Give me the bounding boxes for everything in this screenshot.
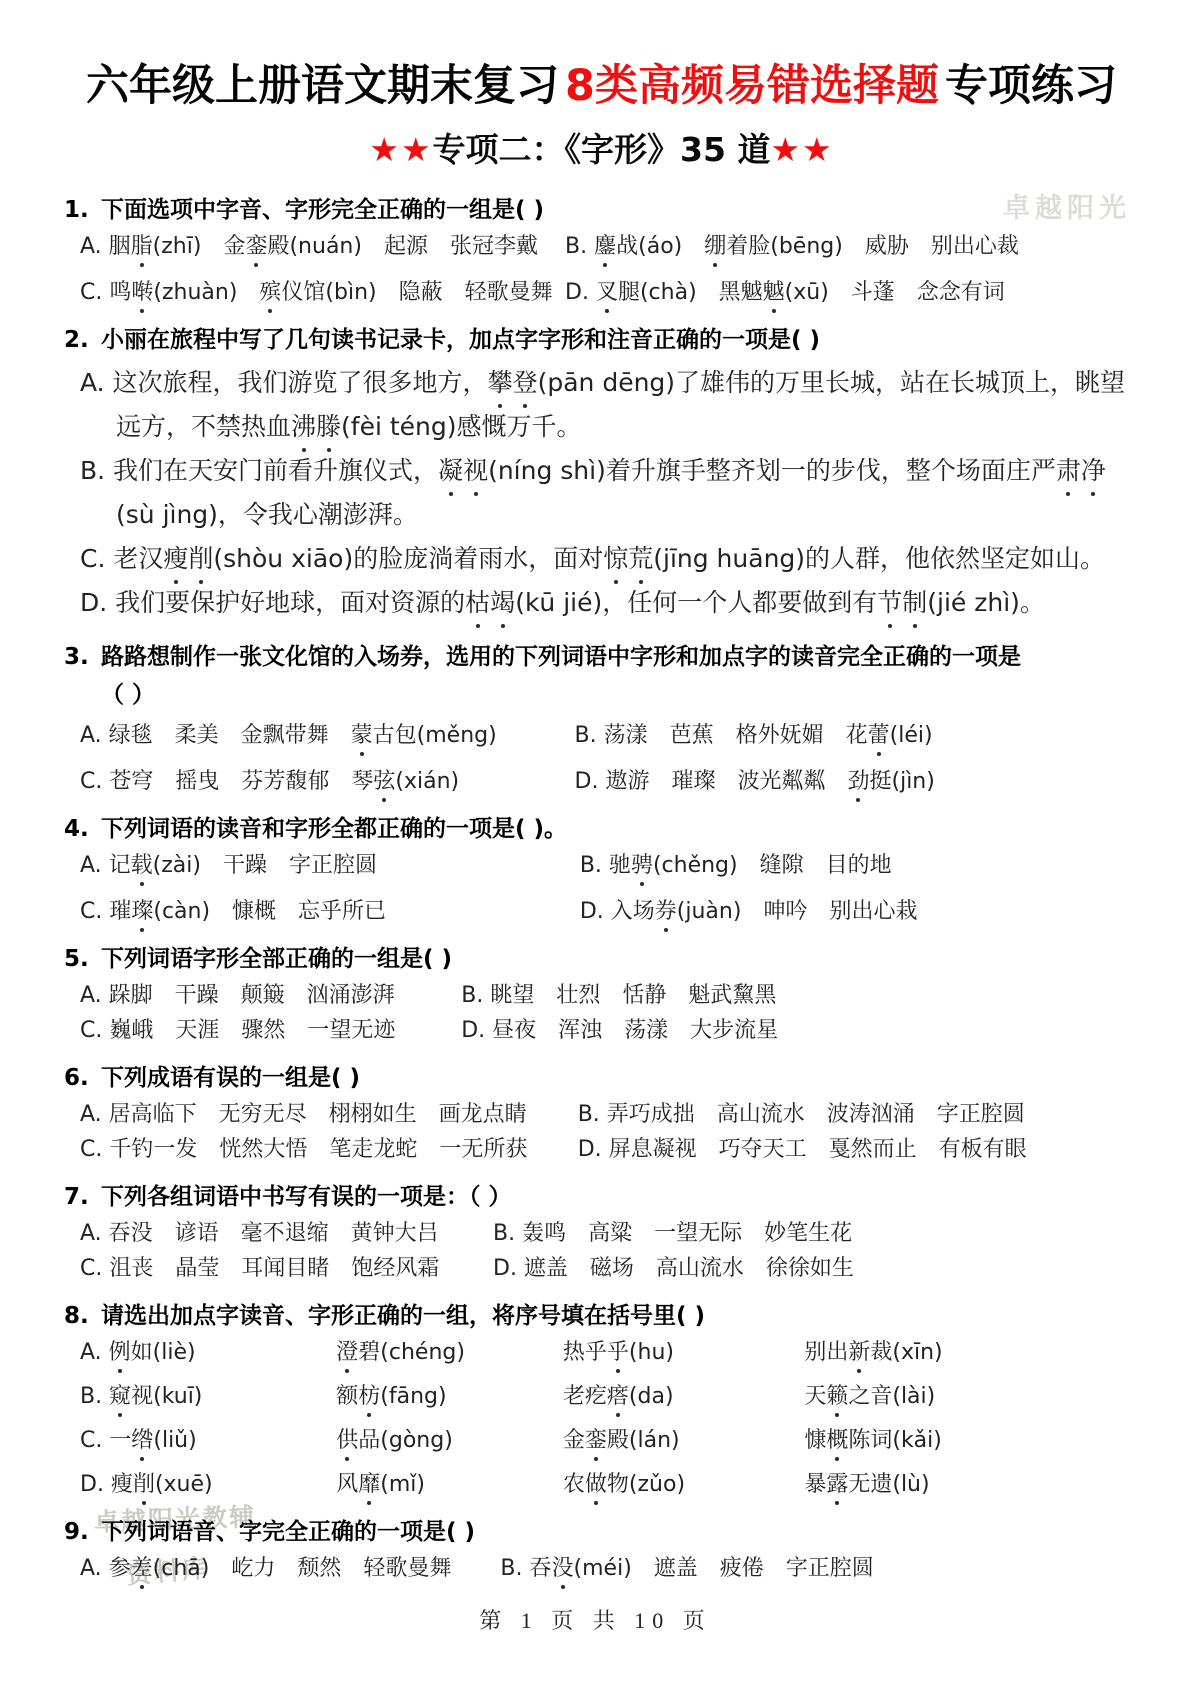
option: D. 屏息凝视 巧夺天工 戛然而止 有板有眼 — [578, 1134, 1139, 1165]
option: C. 璀璨(càn) 慷概 忘乎所已 — [80, 896, 580, 927]
question: 3.路路想制作一张文化馆的入场券，选用的下列词语中字形和加点字的读音完全正确的一… — [64, 640, 1139, 797]
option-group: A. 胭脂(zhī) 金銮殿(nuán) 起源 张冠李戴B. 鏖战(áo) 绷着… — [64, 231, 1139, 308]
option: 天籁之音(lài) — [804, 1381, 1139, 1412]
option-row: A. 跺脚 干躁 颠簸 汹涌澎湃B. 眺望 壮烈 恬静 魁武黧黑 — [80, 980, 1139, 1011]
option-row: A. 例如(liè)澄碧(chéng)热乎乎(hu)别出新裁(xīn) — [80, 1337, 1139, 1368]
option: A. 参差(chā) 屹力 颓然 轻歌曼舞 — [80, 1553, 500, 1584]
option-group: A. 居高临下 无穷无尽 栩栩如生 画龙点睛B. 弄巧成拙 高山流水 波涛汹涌 … — [64, 1099, 1139, 1165]
option: 风靡(mǐ) — [336, 1469, 563, 1500]
option: D. 入场券(juàn) 呻吟 别出心栽 — [580, 896, 1139, 927]
question-number: 9. — [64, 1515, 101, 1549]
option-row: B. 窥视(kuī)额枋(fāng)老疙瘩(da)天籁之音(lài) — [80, 1381, 1139, 1412]
question-heading: 1.下面选项中字音、字形完全正确的一组是( ) — [64, 193, 1139, 227]
option: 别出新裁(xīn) — [804, 1337, 1139, 1368]
option: B. 窥视(kuī) — [80, 1381, 336, 1412]
option-row: C. 鸣啭(zhuàn) 殡仪馆(bìn) 隐蔽 轻歌曼舞D. 叉腿(chà) … — [80, 277, 1139, 308]
option: A. 胭脂(zhī) 金銮殿(nuán) 起源 张冠李戴 — [80, 231, 565, 262]
option: D. 我们要保护好地球，面对资源的枯竭(kū jié)，任何一个人都要做到有节制… — [80, 581, 1139, 625]
question-stem: 请选出加点字读音、字形正确的一组，将序号填在括号里( ) — [101, 1299, 1139, 1333]
option: A. 跺脚 干躁 颠簸 汹涌澎湃 — [80, 980, 461, 1011]
option-row: C. 千钓一发 恍然大悟 笔走龙蛇 一无所获D. 屏息凝视 巧夺天工 戛然而止 … — [80, 1134, 1139, 1165]
option: A. 绿毯 柔美 金飘带舞 蒙古包(měng) — [80, 720, 575, 751]
option: B. 荡漾 芭蕉 格外妩媚 花蕾(léi) — [575, 720, 1139, 751]
question-stem: 下列词语的读音和字形全都正确的一项是( )。 — [101, 812, 1139, 846]
question-stem: 下列词语音、字完全正确的一项是( ) — [101, 1515, 1139, 1549]
option: B. 我们在天安门前看升旗仪式，凝视(níng shì)着升旗手整齐划一的步伐，… — [80, 449, 1139, 537]
question-heading: 2.小丽在旅程中写了几句读书记录卡，加点字字形和注音正确的一项是( ) — [64, 323, 1139, 357]
question-number: 5. — [64, 942, 101, 976]
option: B. 弄巧成拙 高山流水 波涛汹涌 字正腔圆 — [578, 1099, 1139, 1130]
question-list: 1.下面选项中字音、字形完全正确的一组是( )A. 胭脂(zhī) 金銮殿(nu… — [64, 193, 1139, 1584]
page-number-footer: 第 1 页 共 10 页 — [0, 1604, 1191, 1635]
option: A. 吞没 谚语 毫不退缩 黄钟大吕 — [80, 1218, 493, 1249]
option-row: A. 参差(chā) 屹力 颓然 轻歌曼舞B. 吞没(méi) 遮盖 疲倦 字正… — [80, 1553, 1139, 1584]
option: B. 驰骋(chěng) 缝隙 目的地 — [580, 850, 1139, 881]
option-group: A. 记载(zài) 干躁 字正腔圆B. 驰骋(chěng) 缝隙 目的地C. … — [64, 850, 1139, 927]
option: 老疙瘩(da) — [563, 1381, 804, 1412]
option: B. 轰鸣 高粱 一望无际 妙笔生花 — [493, 1218, 1139, 1249]
option-row: A. 居高临下 无穷无尽 栩栩如生 画龙点睛B. 弄巧成拙 高山流水 波涛汹涌 … — [80, 1099, 1139, 1130]
option: C. 苍穹 摇曳 芬芳馥郁 琴弦(xián) — [80, 766, 575, 797]
option: D. 遨游 璀璨 波光粼粼 劲挺(jìn) — [575, 766, 1139, 797]
option-row: C. 璀璨(càn) 慷概 忘乎所已D. 入场券(juàn) 呻吟 别出心栽 — [80, 896, 1139, 927]
option: 农做物(zǔo) — [563, 1469, 804, 1500]
title-part-black-right: 专项练习 — [945, 61, 1117, 111]
question-stem: 下列词语字形全部正确的一组是( ) — [101, 942, 1139, 976]
option-row: C. 苍穹 摇曳 芬芳馥郁 琴弦(xián)D. 遨游 璀璨 波光粼粼 劲挺(j… — [80, 766, 1139, 797]
option-group: A. 吞没 谚语 毫不退缩 黄钟大吕B. 轰鸣 高粱 一望无际 妙笔生花C. 沮… — [64, 1218, 1139, 1284]
question-stem: 小丽在旅程中写了几句读书记录卡，加点字字形和注音正确的一项是( ) — [101, 323, 1139, 357]
option-row: A. 记载(zài) 干躁 字正腔圆B. 驰骋(chěng) 缝隙 目的地 — [80, 850, 1139, 881]
page-title: 六年级上册语文期末复习8类高频易错选择题专项练习 — [64, 62, 1139, 111]
option: A. 例如(liè) — [80, 1337, 336, 1368]
option: C. 鸣啭(zhuàn) 殡仪馆(bìn) 隐蔽 轻歌曼舞 — [80, 277, 565, 308]
option: B. 鏖战(áo) 绷着脸(bēng) 威胁 别出心裁 — [565, 231, 1139, 262]
option-row: A. 吞没 谚语 毫不退缩 黄钟大吕B. 轰鸣 高粱 一望无际 妙笔生花 — [80, 1218, 1139, 1249]
option: C. 沮丧 晶莹 耳闻目睹 饱经风霜 — [80, 1253, 493, 1284]
star-icon: ★★ — [369, 130, 432, 169]
option-row: A. 绿毯 柔美 金飘带舞 蒙古包(měng)B. 荡漾 芭蕉 格外妩媚 花蕾(… — [80, 720, 1139, 751]
option: 额枋(fāng) — [336, 1381, 563, 1412]
option: D. 叉腿(chà) 黑魆魆(xū) 斗蓬 念念有词 — [565, 277, 1139, 308]
question-heading: 7.下列各组词语中书写有误的一项是：（ ） — [64, 1180, 1139, 1214]
question-number: 2. — [64, 323, 101, 357]
option-row: D. 瘦削(xuē)风靡(mǐ)农做物(zǔo)暴露无遗(lù) — [80, 1469, 1139, 1500]
option: A. 居高临下 无穷无尽 栩栩如生 画龙点睛 — [80, 1099, 578, 1130]
option: D. 瘦削(xuē) — [80, 1469, 336, 1500]
question-number: 6. — [64, 1061, 101, 1095]
option: C. 巍峨 天涯 骤然 一望无迹 — [80, 1015, 461, 1046]
option: C. 千钓一发 恍然大悟 笔走龙蛇 一无所获 — [80, 1134, 578, 1165]
question-heading: 5.下列词语字形全部正确的一组是( ) — [64, 942, 1139, 976]
question-stem: 下面选项中字音、字形完全正确的一组是( ) — [101, 193, 1139, 227]
question-stem: 下列各组词语中书写有误的一项是：（ ） — [101, 1180, 1139, 1214]
option-group: A. 这次旅程，我们游览了很多地方，攀登(pān dēng)了雄伟的万里长城，站… — [64, 361, 1139, 625]
option: D. 遮盖 磁场 高山流水 徐徐如生 — [493, 1253, 1139, 1284]
option-row: C. 沮丧 晶莹 耳闻目睹 饱经风霜D. 遮盖 磁场 高山流水 徐徐如生 — [80, 1253, 1139, 1284]
question: 1.下面选项中字音、字形完全正确的一组是( )A. 胭脂(zhī) 金銮殿(nu… — [64, 193, 1139, 308]
title-part-black-left: 六年级上册语文期末复习 — [86, 61, 559, 111]
question-heading: 9.下列词语音、字完全正确的一项是( ) — [64, 1515, 1139, 1549]
question: 2.小丽在旅程中写了几句读书记录卡，加点字字形和注音正确的一项是( )A. 这次… — [64, 323, 1139, 625]
option: 澄碧(chéng) — [336, 1337, 563, 1368]
option-group: A. 例如(liè)澄碧(chéng)热乎乎(hu)别出新裁(xīn)B. 窥视… — [64, 1337, 1139, 1500]
title-part-red: 8类高频易错选择题 — [565, 61, 939, 111]
question-stem-continuation: （ ） — [64, 674, 1139, 716]
option: 慷概陈词(kǎi) — [804, 1425, 1139, 1456]
question-number: 7. — [64, 1180, 101, 1214]
option: B. 吞没(méi) 遮盖 疲倦 字正腔圆 — [500, 1553, 1139, 1584]
question-stem: 路路想制作一张文化馆的入场券，选用的下列词语中字形和加点字的读音完全正确的一项是 — [101, 640, 1139, 674]
question-stem: 下列成语有误的一组是( ) — [101, 1061, 1139, 1095]
option: 暴露无遗(lù) — [804, 1469, 1139, 1500]
option-group: A. 绿毯 柔美 金飘带舞 蒙古包(měng)B. 荡漾 芭蕉 格外妩媚 花蕾(… — [64, 720, 1139, 797]
question: 7.下列各组词语中书写有误的一项是：（ ）A. 吞没 谚语 毫不退缩 黄钟大吕B… — [64, 1180, 1139, 1284]
question: 9.下列词语音、字完全正确的一项是( )A. 参差(chā) 屹力 颓然 轻歌曼… — [64, 1515, 1139, 1584]
option: C. 老汉瘦削(shòu xiāo)的脸庞淌着雨水，面对惊荒(jīng huān… — [80, 537, 1139, 581]
question-heading: 8.请选出加点字读音、字形正确的一组，将序号填在括号里( ) — [64, 1299, 1139, 1333]
option: 金銮殿(lán) — [563, 1425, 804, 1456]
option: A. 记载(zài) 干躁 字正腔圆 — [80, 850, 580, 881]
option-row: A. 胭脂(zhī) 金銮殿(nuán) 起源 张冠李戴B. 鏖战(áo) 绷着… — [80, 231, 1139, 262]
subtitle-text: 专项二：《字形》35 道 — [433, 130, 771, 169]
option-row: C. 一绺(liǔ)供品(gòng)金銮殿(lán)慷概陈词(kǎi) — [80, 1425, 1139, 1456]
question-number: 8. — [64, 1299, 101, 1333]
question-heading: 3.路路想制作一张文化馆的入场券，选用的下列词语中字形和加点字的读音完全正确的一… — [64, 640, 1139, 674]
option: 热乎乎(hu) — [563, 1337, 804, 1368]
question: 5.下列词语字形全部正确的一组是( )A. 跺脚 干躁 颠簸 汹涌澎湃B. 眺望… — [64, 942, 1139, 1046]
option: D. 昼夜 浑浊 荡漾 大步流星 — [461, 1015, 1139, 1046]
option: C. 一绺(liǔ) — [80, 1425, 336, 1456]
option-group: A. 跺脚 干躁 颠簸 汹涌澎湃B. 眺望 壮烈 恬静 魁武黧黑C. 巍峨 天涯… — [64, 980, 1139, 1046]
option-group: A. 参差(chā) 屹力 颓然 轻歌曼舞B. 吞没(méi) 遮盖 疲倦 字正… — [64, 1553, 1139, 1584]
question: 4.下列词语的读音和字形全都正确的一项是( )。A. 记载(zài) 干躁 字正… — [64, 812, 1139, 927]
question: 6.下列成语有误的一组是( )A. 居高临下 无穷无尽 栩栩如生 画龙点睛B. … — [64, 1061, 1139, 1165]
option: A. 这次旅程，我们游览了很多地方，攀登(pān dēng)了雄伟的万里长城，站… — [80, 361, 1139, 449]
star-icon: ★★ — [770, 130, 833, 169]
question-number: 4. — [64, 812, 101, 846]
question-number: 1. — [64, 193, 101, 227]
worksheet-page: 六年级上册语文期末复习8类高频易错选择题专项练习 ★★专项二：《字形》35 道★… — [0, 0, 1191, 1684]
option: B. 眺望 壮烈 恬静 魁武黧黑 — [461, 980, 1139, 1011]
question: 8.请选出加点字读音、字形正确的一组，将序号填在括号里( )A. 例如(liè)… — [64, 1299, 1139, 1500]
question-heading: 4.下列词语的读音和字形全都正确的一项是( )。 — [64, 812, 1139, 846]
question-heading: 6.下列成语有误的一组是( ) — [64, 1061, 1139, 1095]
option: 供品(gòng) — [336, 1425, 563, 1456]
question-number: 3. — [64, 640, 101, 674]
option-row: C. 巍峨 天涯 骤然 一望无迹D. 昼夜 浑浊 荡漾 大步流星 — [80, 1015, 1139, 1046]
section-subtitle: ★★专项二：《字形》35 道★★ — [64, 124, 1139, 171]
